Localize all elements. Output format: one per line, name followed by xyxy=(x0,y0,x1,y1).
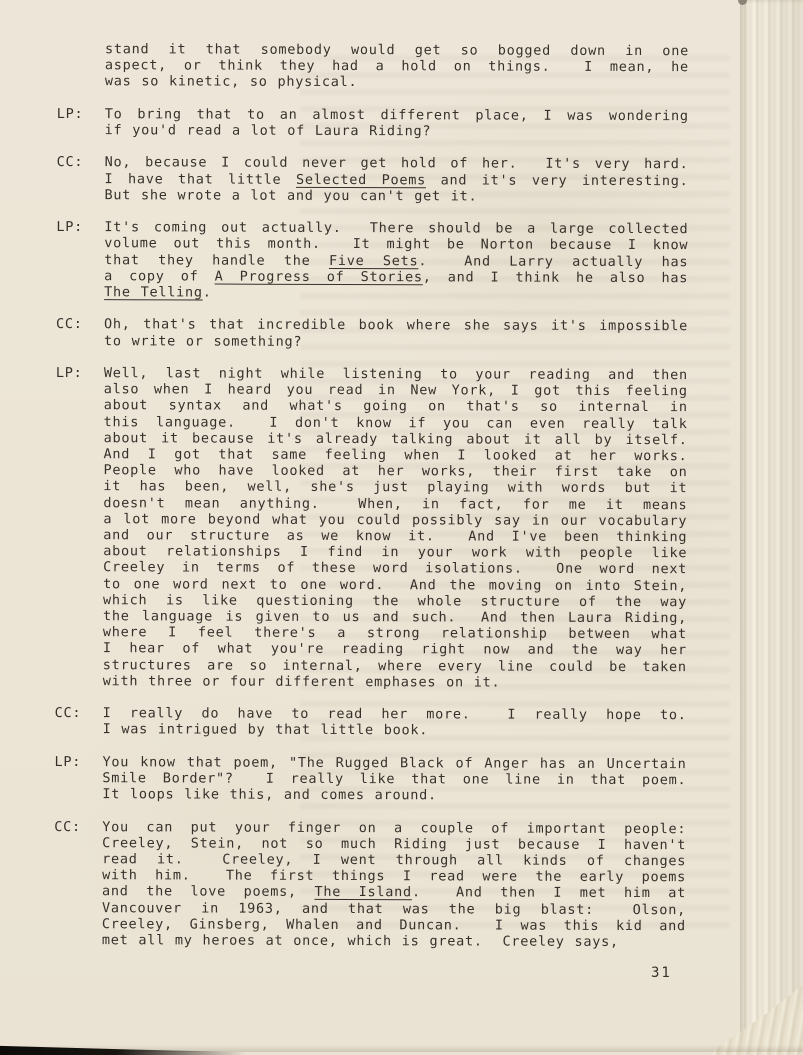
speaker-label: LP: xyxy=(54,754,102,803)
utterance: It's coming out actually. There should b… xyxy=(104,219,688,302)
book-title-underlined: The Island xyxy=(314,884,412,900)
transcript-line: doesn't mean anything. When, in fact, fo… xyxy=(103,495,687,513)
utterance: Oh, that's that incredible book where sh… xyxy=(104,317,688,351)
transcript-line: and our structure as we know it. And I'v… xyxy=(103,527,687,545)
transcript-line: a lot more beyond what you could possibl… xyxy=(103,511,687,529)
transcript-line: I really do have to read her more. I rea… xyxy=(103,705,687,723)
transcript-entry: LP:You know that poem, "The Rugged Black… xyxy=(54,754,694,805)
book-page-edges xyxy=(740,0,803,1055)
transcript-line: that they handle the Five Sets. And Larr… xyxy=(104,252,688,270)
book-title-underlined: Five Sets xyxy=(329,253,419,269)
transcript-line: You know that poem, "The Rugged Black of… xyxy=(102,754,686,772)
transcript-line: People who have looked at her works, the… xyxy=(103,462,687,480)
transcript-line: Creeley in terms of these word isolation… xyxy=(103,560,687,578)
transcript-entry: CC:I really do have to read her more. I … xyxy=(55,705,695,740)
transcript-line: I hear of what you're reading right now … xyxy=(103,641,687,659)
utterance: stand it that somebody would get so bogg… xyxy=(105,41,689,92)
transcript-entry: LP:Well, last night while listening to y… xyxy=(55,365,696,691)
transcript-line: to one word next to one word. And the mo… xyxy=(103,576,687,594)
transcript-entry: stand it that somebody would get so bogg… xyxy=(57,41,697,92)
transcript-line: where I feel there's a strong relationsh… xyxy=(103,624,687,642)
transcript-line: with three or four different emphases on… xyxy=(103,673,687,691)
speaker-label xyxy=(57,41,105,90)
transcript-line: and the love poems, The Island. And then… xyxy=(102,884,686,902)
speaker-label: LP: xyxy=(57,106,105,139)
transcript-line: But she wrote a lot and you can't get it… xyxy=(104,187,688,205)
transcript-line: a copy of A Progress of Stories, and I t… xyxy=(104,268,688,286)
transcript-line: It loops like this, and comes around. xyxy=(102,786,686,804)
utterance: You can put your finger on a couple of i… xyxy=(102,819,686,951)
transcript-entry: LP:It's coming out actually. There shoul… xyxy=(56,219,696,302)
transcript-entry: LP:To bring that to an almost different … xyxy=(57,106,697,141)
transcript-line: Oh, that's that incredible book where sh… xyxy=(104,317,688,335)
speaker-label: CC: xyxy=(55,705,103,738)
transcript-line: It's coming out actually. There should b… xyxy=(104,219,688,237)
transcript-line: structures are so internal, where every … xyxy=(103,657,687,675)
utterance: You know that poem, "The Rugged Black of… xyxy=(102,754,686,805)
speaker-label: CC: xyxy=(56,316,104,349)
transcript-line: Smile Border"? I really like that one li… xyxy=(102,770,686,788)
transcript-line: met all my heroes at once, which is grea… xyxy=(102,932,686,950)
transcript-line: which is like questioning the whole stru… xyxy=(103,592,687,610)
transcript-line: this language. I don't know if you can e… xyxy=(104,414,688,432)
transcript-line: was so kinetic, so physical. xyxy=(105,74,689,92)
transcript-entry: CC:You can put your finger on a couple o… xyxy=(54,819,694,951)
page-number: 31 xyxy=(651,965,672,981)
scanned-page: stand it that somebody would get so bogg… xyxy=(0,0,803,1055)
transcript-line: Creeley, Stein, not so much Riding just … xyxy=(102,835,686,853)
utterance: No, because I could never get hold of he… xyxy=(104,155,688,206)
transcript-line: to write or something? xyxy=(104,333,688,351)
speaker-label: CC: xyxy=(54,819,102,949)
transcript: stand it that somebody would get so bogg… xyxy=(54,41,697,950)
transcript-entry: CC:No, because I could never get hold of… xyxy=(56,154,696,205)
transcript-line: Well, last night while listening to your… xyxy=(104,365,688,383)
transcript-line: And I got that same feeling when I looke… xyxy=(104,446,688,464)
transcript-line: if you'd read a lot of Laura Riding? xyxy=(105,122,689,140)
transcript-line: To bring that to an almost different pla… xyxy=(105,106,689,124)
transcript-line: stand it that somebody would get so bogg… xyxy=(105,41,689,59)
transcript-line: I have that little Selected Poems and it… xyxy=(104,171,688,189)
speaker-label: LP: xyxy=(55,365,104,689)
transcript-line: volume out this month. It might be Norto… xyxy=(104,236,688,254)
transcript-line: about relationships I find in your work … xyxy=(103,543,687,561)
transcript-line: read it. Creeley, I went through all kin… xyxy=(102,851,686,869)
utterance: To bring that to an almost different pla… xyxy=(105,106,689,140)
transcript-line: Vancouver in 1963, and that was the big … xyxy=(102,900,686,918)
utterance: Well, last night while listening to your… xyxy=(103,365,688,691)
transcript-line: The Telling. xyxy=(104,284,688,302)
book-title-underlined: A Progress of Stories xyxy=(215,268,423,285)
transcript-line: aspect, or think they had a hold on thin… xyxy=(105,57,689,75)
transcript-line: with him. The first things I read were t… xyxy=(102,867,686,885)
transcript-line: You can put your finger on a couple of i… xyxy=(102,819,686,837)
transcript-line: I was intrigued by that little book. xyxy=(103,722,687,740)
scan-edge-shadow xyxy=(0,1042,260,1055)
utterance: I really do have to read her more. I rea… xyxy=(103,705,687,739)
transcript-line: about syntax and what's going on that's … xyxy=(104,398,688,416)
transcript-line: also when I heard you read in New York, … xyxy=(104,381,688,399)
transcript-line: about it because it's already talking ab… xyxy=(104,430,688,448)
speaker-label: CC: xyxy=(56,154,104,203)
book-title-underlined: The Telling xyxy=(104,284,203,300)
book-title-underlined: Selected Poems xyxy=(296,171,426,187)
speaker-label: LP: xyxy=(56,219,104,300)
transcript-line: No, because I could never get hold of he… xyxy=(105,155,689,173)
transcript-entry: CC:Oh, that's that incredible book where… xyxy=(56,316,696,351)
transcript-line: the language is given to us and such. An… xyxy=(103,608,687,626)
transcript-line: it has been, well, she's just playing wi… xyxy=(103,479,687,497)
transcript-line: Creeley, Ginsberg, Whalen and Duncan. I … xyxy=(102,916,686,934)
